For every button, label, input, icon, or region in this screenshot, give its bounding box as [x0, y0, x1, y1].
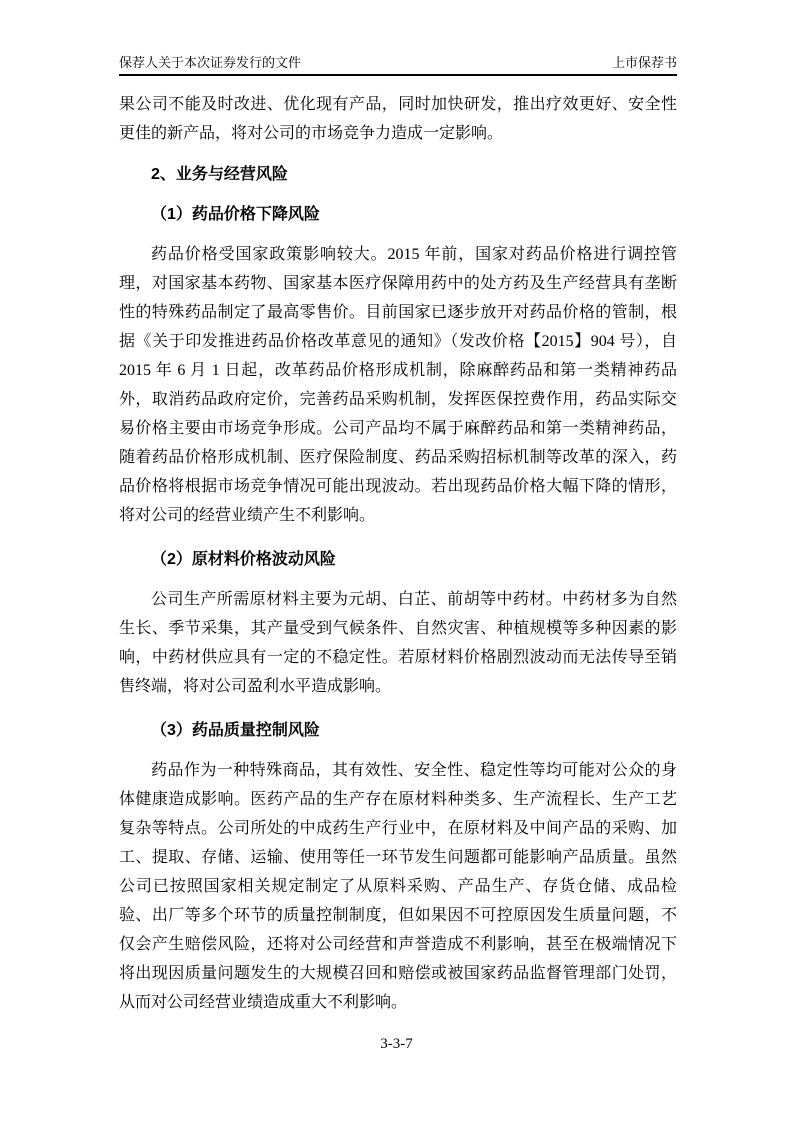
intro-paragraph: 果公司不能及时改进、优化现有产品，同时加快研发，推出疗效更好、安全性更佳的新产品…: [119, 90, 677, 148]
subsection-paragraph-quality-control-risk: 药品作为一种特殊商品，其有效性、安全性、稳定性等均可能对公众的身体健康造成影响。…: [119, 756, 677, 1017]
subsection-heading-quality-control-risk: （3）药品质量控制风险: [119, 721, 677, 741]
header-left-title: 保荐人关于本次证券发行的文件: [119, 54, 301, 71]
subsection-heading-raw-material-risk: （2）原材料价格波动风险: [119, 550, 677, 570]
header-right-title: 上市保荐书: [612, 54, 677, 71]
subsection-paragraph-raw-material-risk: 公司生产所需原材料主要为元胡、白芷、前胡等中药材。中药材多为自然生长、季节采集，…: [119, 585, 677, 701]
page-header: 保荐人关于本次证券发行的文件 上市保荐书: [119, 54, 677, 76]
document-page: 保荐人关于本次证券发行的文件 上市保荐书 果公司不能及时改进、优化现有产品，同时…: [0, 0, 793, 1122]
document-body: 果公司不能及时改进、优化现有产品，同时加快研发，推出疗效更好、安全性更佳的新产品…: [119, 90, 677, 1017]
subsection-paragraph-price-decline-risk: 药品价格受国家政策影响较大。2015 年前，国家对药品价格进行调控管理，对国家基…: [119, 240, 677, 530]
page-number: 3-3-7: [380, 1036, 413, 1052]
section-heading-business-risk: 2、业务与经营风险: [119, 165, 677, 185]
page-footer: 3-3-7: [0, 1036, 793, 1053]
subsection-heading-price-decline-risk: （1）药品价格下降风险: [119, 205, 677, 225]
